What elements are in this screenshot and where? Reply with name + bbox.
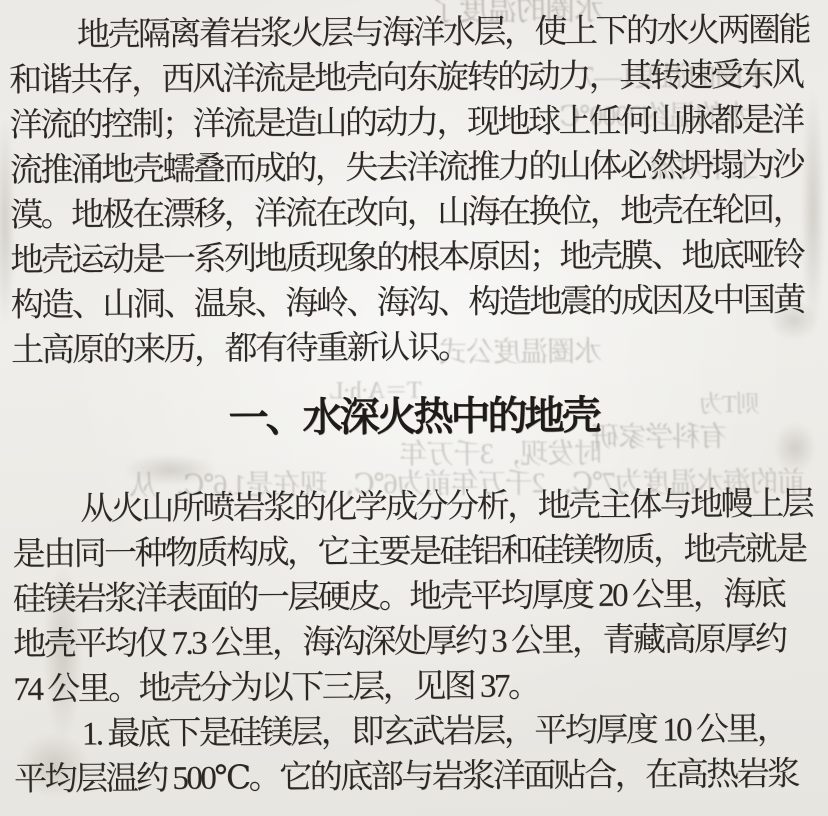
text-line: 洋流的控制；洋流是造山的动力，现地球上任何山脉都是洋 (9, 98, 813, 149)
intro-paragraph: 地壳隔离着岩浆火层与海洋水层，使上下的水火两圈能 和谐共存，西风洋流是地壳向东旋… (9, 0, 816, 374)
body-paragraph-1: 从火山所喷岩浆的化学成分分析，地壳主体与地幔上层 是由同一种物质构成，它主要是硅… (12, 482, 818, 713)
text-line: 从火山所喷岩浆的化学成分分析，地壳主体与地幔上层 (12, 482, 816, 533)
text-line: 土高原的来历，都有待重新认识。 (11, 323, 815, 374)
text-line: 硅镁岩浆洋表面的一层硬皮。地壳平均厚度 20 公里，海底 (13, 572, 817, 623)
text-line: 地壳运动是一系列地质现象的根本原因；地壳膜、地底哑铃 (10, 233, 814, 284)
text-line: 是由同一种物质构成，它主要是硅铝和硅镁物质，地壳就是 (12, 527, 816, 578)
section-heading: 一、水深火热中的地壳 (11, 386, 815, 448)
text-line: 地壳平均仅 7.3 公里，海沟深处厚约 3 公里，青藏高原厚约 (13, 617, 817, 668)
text-line: 平均层温约 500℃。它的底部与岩浆洋面贴合，在高热岩浆 (14, 752, 818, 803)
text-line: 地壳隔离着岩浆火层与海洋水层，使上下的水火两圈能 (9, 8, 813, 59)
text-line: 1. 最底下是硅镁层，即玄武岩层，平均厚度 10 公里， (14, 707, 818, 758)
book-page: 水圈的温度了 水圈的温度1—7 水的温约2000℃ 上下对流 水圈温度公式 T＝… (0, 0, 828, 816)
body-paragraph-2: 1. 最底下是硅镁层，即玄武岩层，平均厚度 10 公里， 平均层温约 500℃。… (14, 707, 819, 803)
text-line: 漠。地极在漂移，洋流在改向，山海在换位，地壳在轮回， (10, 188, 814, 239)
text-line: 流推涌地壳蠕叠而成的，失去洋流推力的山体必然坍塌为沙 (10, 143, 814, 194)
text-line: 74 公里。地壳分为以下三层，见图 37。 (13, 662, 817, 713)
text-line: 和谐共存，西风洋流是地壳向东旋转的动力，其转速受东风 (9, 53, 813, 104)
page-text: 地壳隔离着岩浆火层与海洋水层，使上下的水火两圈能 和谐共存，西风洋流是地壳向东旋… (9, 0, 819, 803)
text-line: 构造、山洞、温泉、海岭、海沟、构造地震的成因及中国黄 (11, 278, 815, 329)
